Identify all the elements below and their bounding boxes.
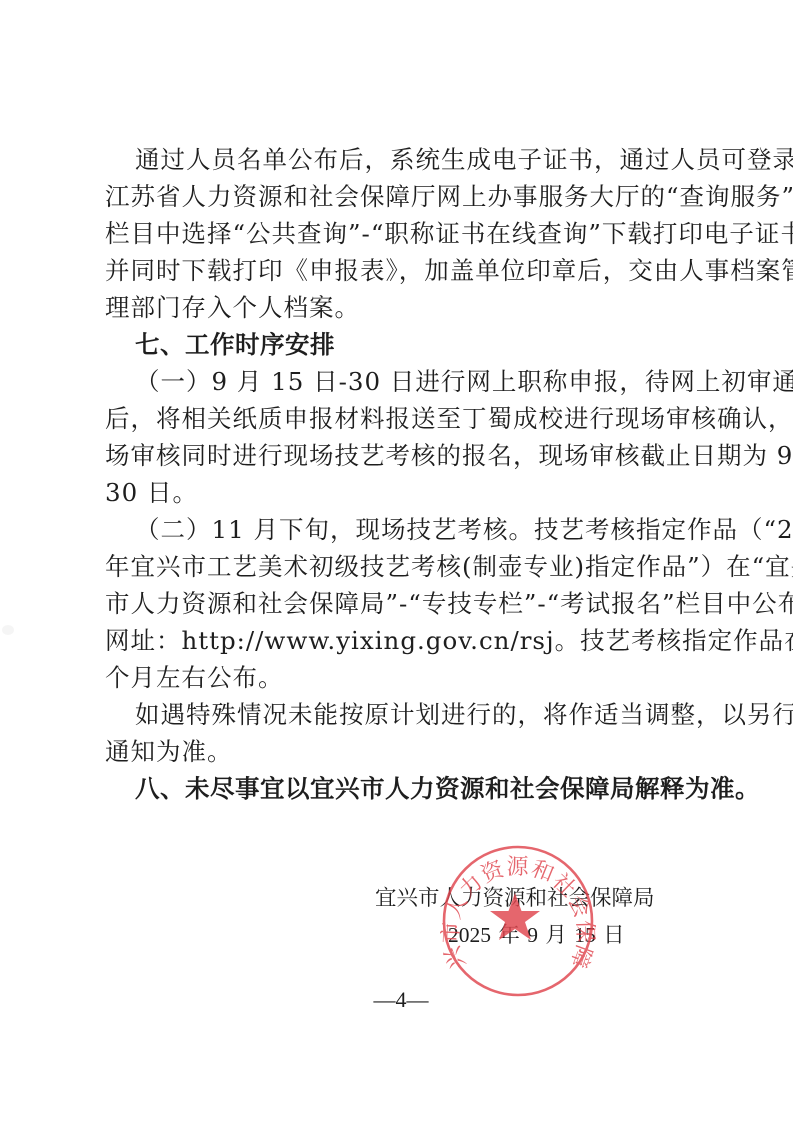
body-line: 栏目中选择“公共查询”-“职称证书在线查询”下载打印电子证书， bbox=[105, 216, 700, 252]
body-line-url: 网址：http://www.yixing.gov.cn/rsj。技艺考核指定作品… bbox=[105, 623, 700, 659]
page-number: —4— bbox=[372, 985, 430, 1015]
body-line: 理部门存入个人档案。 bbox=[105, 290, 700, 326]
body-line: （二）11 月下旬，现场技艺考核。技艺考核指定作品（“2025 bbox=[135, 512, 700, 548]
body-line: 30 日。 bbox=[105, 475, 700, 511]
body-line: 场审核同时进行现场技艺考核的报名，现场审核截止日期为 9 月 bbox=[105, 438, 700, 474]
official-seal-icon: 宜兴市人力资源和社会保障局 bbox=[440, 842, 596, 1000]
body-line: 如遇特殊情况未能按原计划进行的，将作适当调整，以另行 bbox=[135, 697, 700, 733]
body-line: （一）9 月 15 日-30 日进行网上职称申报，待网上初审通过 bbox=[135, 364, 700, 400]
body-line: 市人力资源和社会保障局”-“专技专栏”-“考试报名”栏目中公布， bbox=[105, 586, 700, 622]
body-line: 个月左右公布。 bbox=[105, 660, 700, 696]
body-line: 通知为准。 bbox=[105, 734, 700, 770]
body-line: 后，将相关纸质申报材料报送至丁蜀成校进行现场审核确认，现 bbox=[105, 401, 700, 437]
body-line: 江苏省人力资源和社会保障厅网上办事服务大厅的“查询服务” bbox=[105, 179, 700, 215]
section-heading-7: 七、工作时序安排 bbox=[135, 327, 700, 363]
body-line: 并同时下载打印《申报表》，加盖单位印章后，交由人事档案管 bbox=[105, 253, 700, 289]
document-page: 通过人员名单公布后，系统生成电子证书，通过人员可登录 江苏省人力资源和社会保障厅… bbox=[0, 0, 793, 1121]
body-line: 通过人员名单公布后，系统生成电子证书，通过人员可登录 bbox=[135, 142, 700, 178]
scan-speck bbox=[2, 625, 14, 635]
body-line: 年宜兴市工艺美术初级技艺考核(制壶专业)指定作品”）在“宜兴 bbox=[105, 549, 700, 585]
section-heading-8: 八、未尽事宜以宜兴市人力资源和社会保障局解释为准。 bbox=[135, 771, 700, 807]
